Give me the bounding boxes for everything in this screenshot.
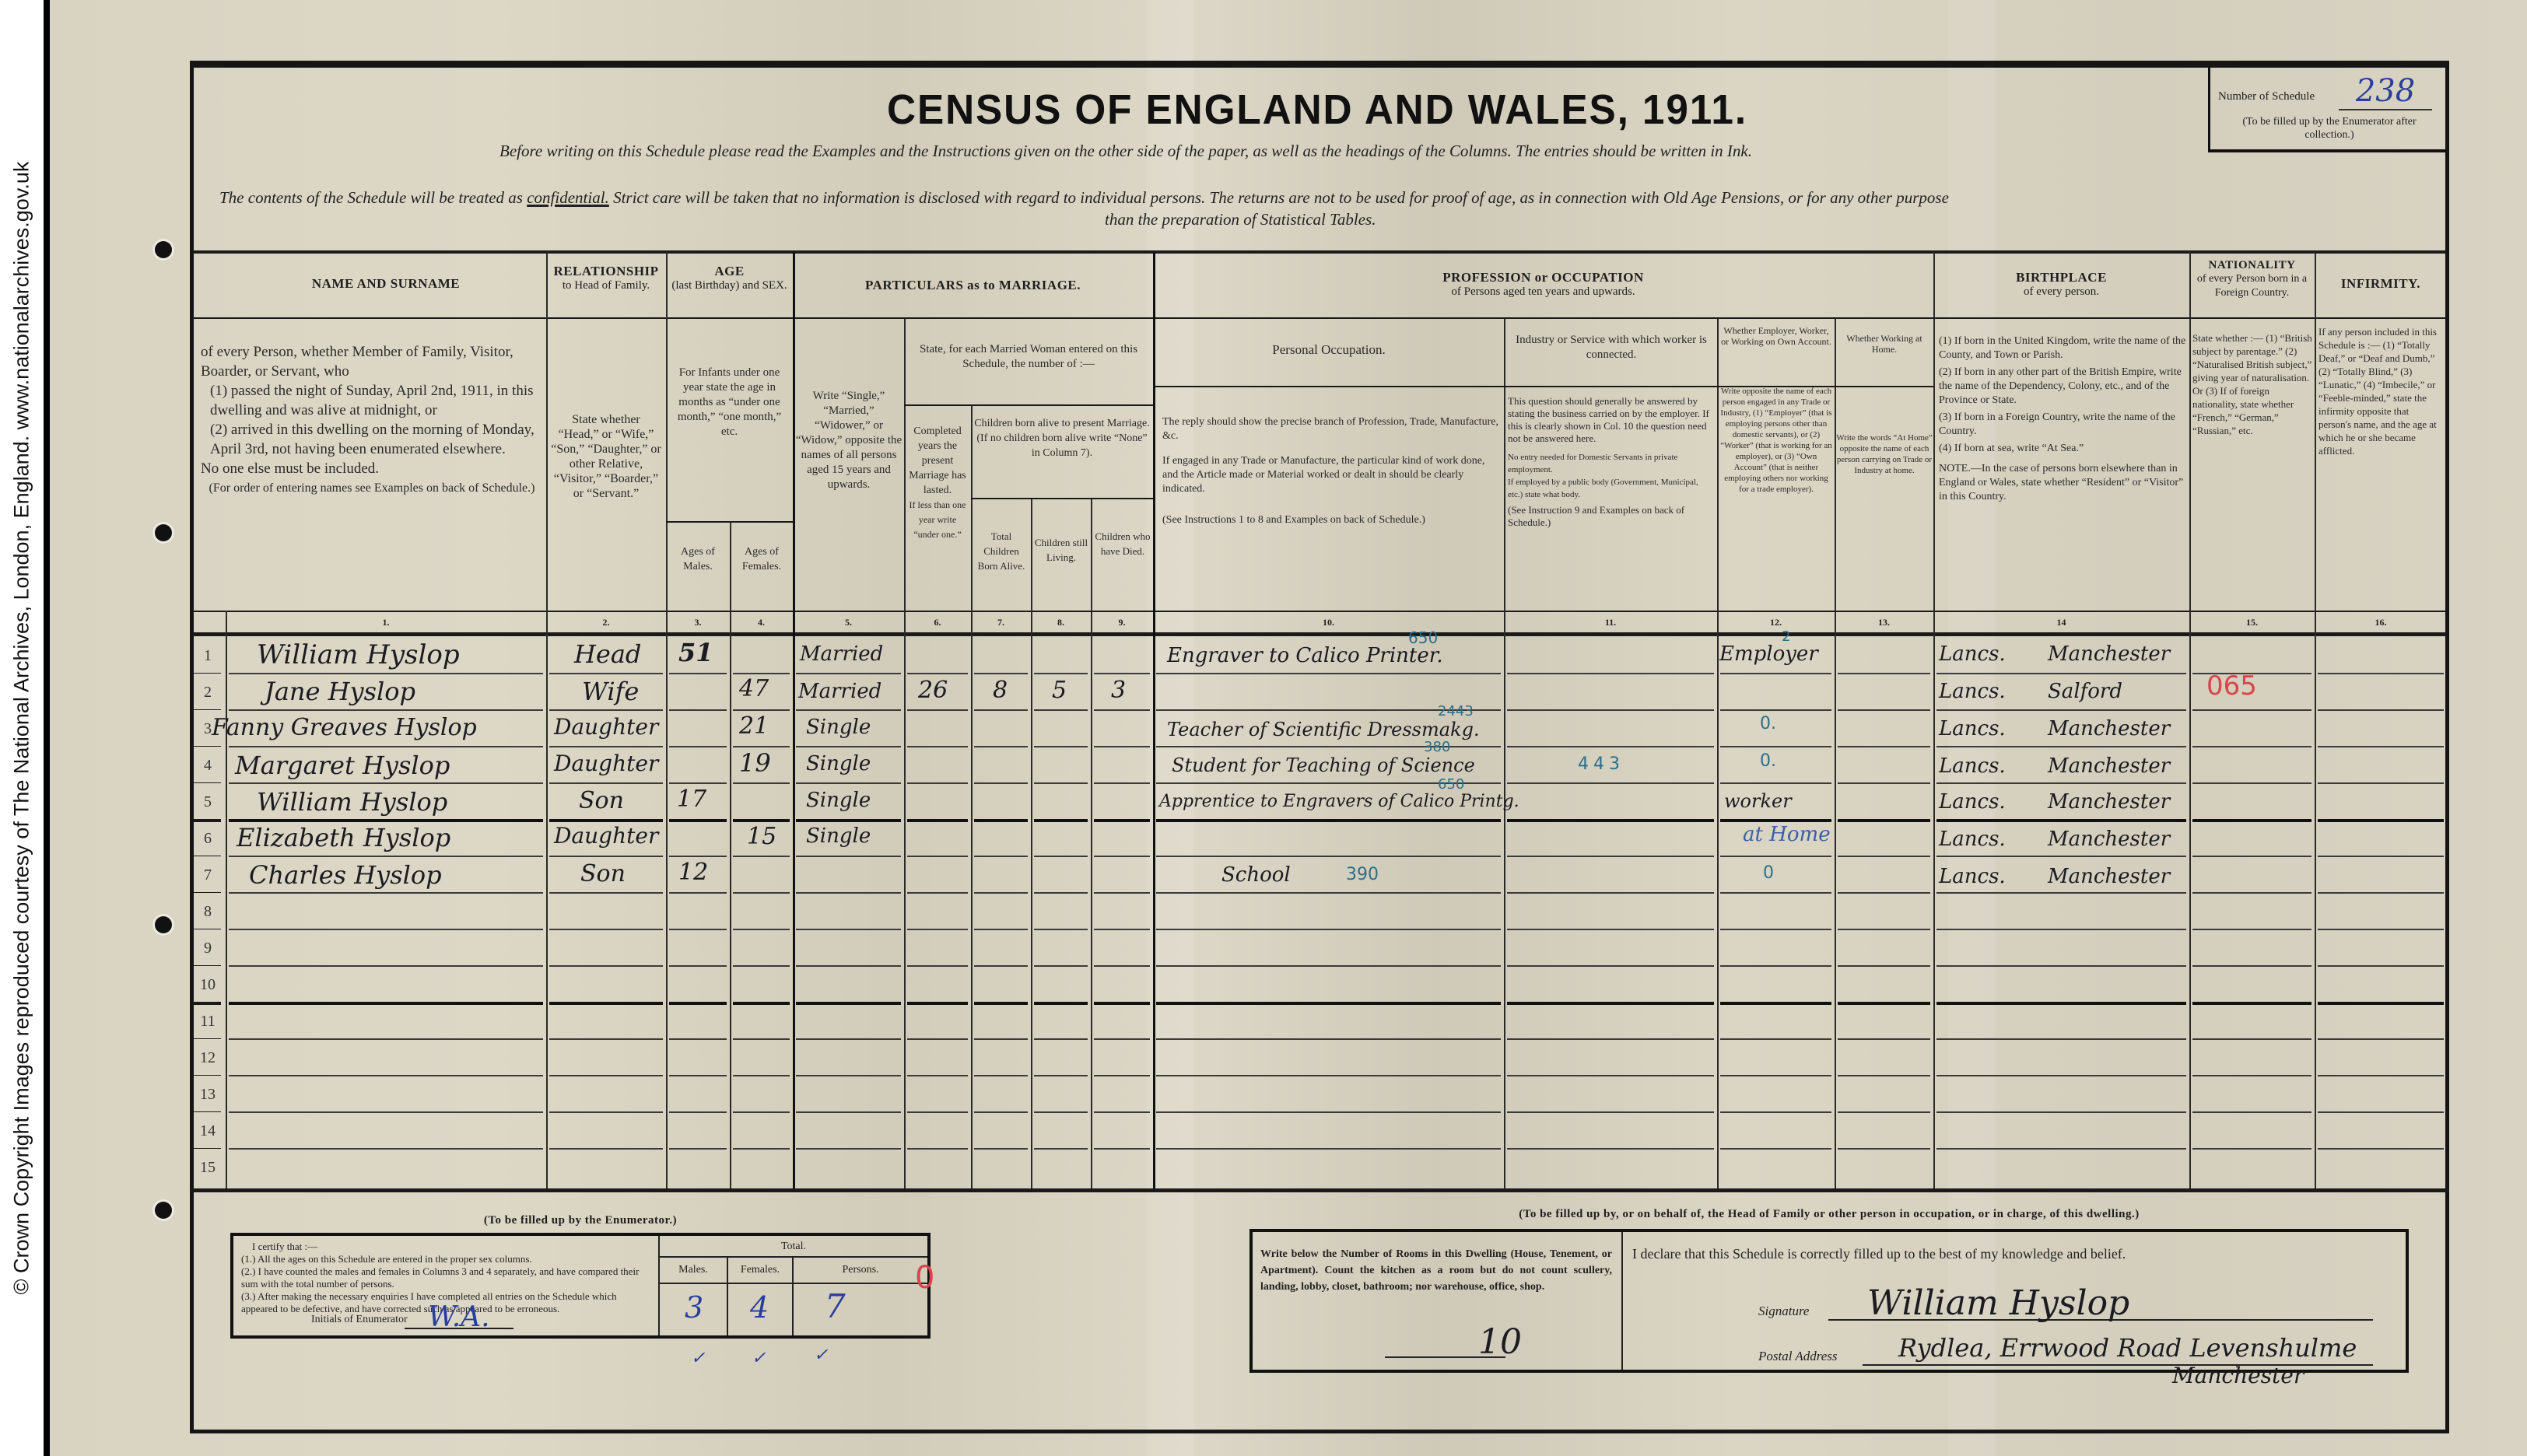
person-age-female[interactable]: 15 xyxy=(747,823,776,850)
birth-county[interactable]: Lancs. xyxy=(1939,828,2006,851)
row-rule xyxy=(2192,1148,2311,1150)
punch-hole xyxy=(155,1202,172,1219)
col-divider xyxy=(546,252,548,1188)
subheading-rule xyxy=(904,404,1153,406)
col-num-16: 16. xyxy=(2315,617,2447,628)
row-rule xyxy=(1838,819,1930,822)
person-relationship[interactable]: Daughter xyxy=(554,751,658,776)
person-employer-status[interactable]: worker xyxy=(1724,790,1792,812)
person-name[interactable]: Margaret Hyslop xyxy=(235,751,450,780)
desc-nationality: State whether :— (1) “British subject by… xyxy=(2192,331,2312,437)
postal-address-line1[interactable]: Rydlea, Errwood Road Levenshulme xyxy=(1898,1333,2357,1363)
row-rule xyxy=(1838,782,1930,784)
row-rule xyxy=(669,929,727,930)
row-rule xyxy=(1094,892,1150,894)
row-rule xyxy=(669,965,727,967)
row-rule xyxy=(1034,1148,1088,1150)
row-rule xyxy=(549,746,663,747)
person-name[interactable]: Elizabeth Hyslop xyxy=(237,823,450,852)
employer-code: 0. xyxy=(1760,751,1776,771)
row-rule xyxy=(796,965,901,967)
person-relationship[interactable]: Daughter xyxy=(554,714,658,740)
heading-marriage: PARTICULARS as to MARRIAGE. xyxy=(793,278,1153,292)
person-age-female[interactable]: 19 xyxy=(739,748,771,778)
desc-age: For Infants under one year state the age… xyxy=(669,366,790,439)
person-age-male[interactable]: 17 xyxy=(677,786,706,813)
person-age-female[interactable]: 21 xyxy=(739,712,769,740)
row-rule xyxy=(1034,746,1088,747)
schedule-note: (To be filled up by the Enumerator after… xyxy=(2217,115,2442,142)
row-rule xyxy=(2318,965,2444,967)
colnum-rule-top xyxy=(193,611,2446,612)
row-rule xyxy=(974,746,1028,747)
row-rule xyxy=(974,1111,1028,1113)
row-rule xyxy=(1838,1002,1930,1005)
person-marriage[interactable]: Single xyxy=(806,752,871,775)
row-rule xyxy=(1034,929,1088,930)
enumerator-heading: (To be filled up by the Enumerator.) xyxy=(230,1213,931,1227)
row-rule xyxy=(549,1002,663,1005)
person-age-male[interactable]: 51 xyxy=(678,638,713,667)
desc-total-children: Total Children Born Alive. xyxy=(973,529,1030,573)
heading-name: NAME AND SURNAME xyxy=(226,277,546,291)
row-rule xyxy=(796,1075,901,1076)
birth-town[interactable]: Manchester xyxy=(2048,642,2170,666)
row-rule xyxy=(1720,965,1831,967)
row-rule xyxy=(229,1038,543,1040)
table-bottom-rule xyxy=(190,1188,2449,1192)
birth-town[interactable]: Manchester xyxy=(2048,828,2170,851)
row-rule xyxy=(907,819,968,822)
person-marriage[interactable]: Single xyxy=(806,824,871,848)
person-name[interactable]: William Hyslop xyxy=(257,639,460,670)
row-rule xyxy=(1936,1002,2186,1005)
person-occupation[interactable]: Teacher of Scientific Dressmakg. xyxy=(1167,719,1480,740)
copyright-strip: © Crown Copyright Images reproduced cour… xyxy=(0,0,44,1456)
birth-county[interactable]: Lancs. xyxy=(1939,680,2006,703)
row-rule xyxy=(796,929,901,930)
row-rule xyxy=(549,819,663,822)
row-rule xyxy=(669,673,727,674)
row-rule xyxy=(229,1148,543,1150)
row-rule xyxy=(1094,929,1150,930)
employer-code: 0. xyxy=(1760,714,1776,733)
row-rule xyxy=(193,1075,221,1076)
row-number: 15 xyxy=(190,1159,226,1177)
col-num-10: 10. xyxy=(1153,617,1504,628)
col-num-9: 9. xyxy=(1091,617,1153,628)
scan-edge xyxy=(44,0,50,1456)
row-rule xyxy=(229,856,543,857)
row-rule xyxy=(2192,819,2311,822)
col-num-4: 4. xyxy=(730,617,793,628)
heading-employer: Whether Employer, Worker, or Working on … xyxy=(1719,325,1834,347)
row-rule xyxy=(1507,1002,1714,1005)
confidential-line-2: than the preparation of Statistical Tabl… xyxy=(1105,210,1376,229)
row-rule xyxy=(193,1038,221,1039)
row-rule xyxy=(1034,1075,1088,1076)
row-number: 2 xyxy=(190,684,226,702)
row-number: 13 xyxy=(190,1086,226,1104)
birth-county[interactable]: Lancs. xyxy=(1939,717,2006,740)
row-rule xyxy=(1094,856,1150,857)
desc-industry: This question should generally be answer… xyxy=(1508,395,1715,529)
row-rule xyxy=(733,929,790,930)
birth-town[interactable]: Manchester xyxy=(2048,717,2170,740)
row-rule xyxy=(193,1111,221,1112)
person-name[interactable]: Fanny Greaves Hyslop xyxy=(212,714,477,741)
page-title: CENSUS OF ENGLAND AND WALES, 1911. xyxy=(887,86,1747,134)
person-relationship[interactable]: Daughter xyxy=(554,823,658,849)
row-rule xyxy=(1507,892,1714,894)
row-rule xyxy=(1720,1111,1831,1113)
row-rule xyxy=(733,673,790,674)
row-rule xyxy=(2318,1002,2444,1005)
row-rule xyxy=(549,782,663,784)
row-rule xyxy=(1507,673,1714,674)
person-occupation[interactable]: Apprentice to Engravers of Calico Printg… xyxy=(1159,792,1519,811)
row-rule xyxy=(1838,929,1930,930)
person-occupation[interactable]: Engraver to Calico Printer. xyxy=(1167,644,1443,667)
row-rule xyxy=(669,819,727,822)
row-rule xyxy=(549,856,663,857)
row-rule xyxy=(669,1148,727,1150)
declaration: I declare that this Schedule is correctl… xyxy=(1632,1246,2126,1262)
number-of-rooms[interactable]: 10 xyxy=(1478,1322,1522,1362)
occupation-code: 2443 xyxy=(1438,703,1474,719)
col-num-5: 5. xyxy=(793,617,904,628)
row-rule xyxy=(193,673,221,674)
row-rule xyxy=(2192,1075,2311,1076)
row-rule xyxy=(733,1038,790,1040)
signature-label: Signature xyxy=(1758,1304,1809,1319)
colnum-rule-bottom xyxy=(193,632,2446,636)
row-rule xyxy=(2318,1148,2444,1150)
heading-nationality: NATIONALITY of every Person born in a Fo… xyxy=(2189,258,2315,300)
subheading-rule xyxy=(660,1283,927,1284)
row-rule xyxy=(1507,819,1714,822)
punch-hole xyxy=(155,524,172,541)
row-rule xyxy=(1720,1002,1831,1005)
children-born-alive[interactable]: 8 xyxy=(993,677,1008,704)
row-rule xyxy=(669,1002,727,1005)
row-rule xyxy=(1936,1038,2186,1040)
check-icon: ✓ xyxy=(752,1349,766,1368)
person-name[interactable]: Charles Hyslop xyxy=(249,860,442,890)
row-rule xyxy=(229,746,543,747)
birth-town[interactable]: Manchester xyxy=(2048,865,2170,888)
col-divider xyxy=(971,404,973,1188)
birth-town[interactable]: Manchester xyxy=(2048,790,2170,814)
row-rule xyxy=(229,965,543,967)
row-rule xyxy=(1507,746,1714,747)
desc-personal-occupation: The reply should show the precise branch… xyxy=(1162,415,1498,527)
row-rule xyxy=(2192,929,2311,930)
row-rule xyxy=(1507,929,1714,930)
occupation-code: 380 xyxy=(1424,739,1450,755)
row-rule xyxy=(549,965,663,967)
row-rule xyxy=(2192,746,2311,747)
confidential-word: confidential. xyxy=(527,188,609,207)
occupation-code: 650 xyxy=(1408,628,1438,647)
row-rule xyxy=(796,856,901,857)
row-rule xyxy=(974,1148,1028,1150)
punch-hole xyxy=(155,916,172,933)
row-rule xyxy=(1936,856,2186,857)
row-rule xyxy=(229,1075,543,1076)
row-rule xyxy=(2318,1111,2444,1113)
check-icon: ✓ xyxy=(691,1349,705,1368)
row-rule xyxy=(1720,892,1831,894)
subheading-rule xyxy=(1153,386,1504,387)
row-rule xyxy=(1936,782,2186,784)
children-living[interactable]: 5 xyxy=(1052,677,1067,704)
row-rule xyxy=(229,892,543,894)
subheading-rule xyxy=(660,1256,927,1258)
row-rule xyxy=(733,1148,790,1150)
employer-code: 0 xyxy=(1763,863,1774,883)
col-divider xyxy=(1933,252,1935,1188)
row-rule xyxy=(669,782,727,784)
col-num-12: 12. xyxy=(1717,617,1835,628)
row-rule xyxy=(1034,819,1088,822)
person-marriage[interactable]: Single xyxy=(806,716,871,739)
col-num-2: 2. xyxy=(546,617,666,628)
row-rule xyxy=(193,965,221,966)
row-rule xyxy=(193,1002,221,1005)
row-rule xyxy=(193,746,221,747)
row-rule xyxy=(1936,1148,2186,1150)
row-rule xyxy=(193,819,221,822)
row-rule xyxy=(2318,929,2444,930)
col-num-8: 8. xyxy=(1031,617,1091,628)
heading-rule xyxy=(193,317,2446,319)
row-rule xyxy=(733,819,790,822)
row-rule xyxy=(229,673,543,674)
row-rule xyxy=(1936,1075,2186,1076)
total-persons[interactable]: 7 xyxy=(825,1287,846,1325)
row-rule xyxy=(1838,1148,1930,1150)
row-rule xyxy=(1156,1075,1501,1076)
subheading-rule xyxy=(666,521,793,523)
row-rule xyxy=(229,1111,543,1113)
col-num-15: 15. xyxy=(2189,617,2315,628)
row-rule xyxy=(1720,782,1831,784)
row-rule xyxy=(229,929,543,930)
row-number: 7 xyxy=(190,866,226,884)
row-rule xyxy=(1720,1148,1831,1150)
row-rule xyxy=(1034,856,1088,857)
row-rule xyxy=(796,1038,901,1040)
row-rule xyxy=(907,1075,968,1076)
row-rule xyxy=(229,1002,543,1005)
person-age-male[interactable]: 12 xyxy=(678,859,708,886)
row-rule xyxy=(669,709,727,711)
desc-home: Write the words “At Home” opposite the n… xyxy=(1836,432,1933,476)
row-rule xyxy=(1034,1111,1088,1113)
row-rule xyxy=(974,892,1028,894)
row-rule xyxy=(1720,746,1831,747)
row-rule xyxy=(1094,1075,1150,1076)
row-rule xyxy=(733,965,790,967)
age-males-label: Ages of Males. xyxy=(668,544,728,574)
row-rule xyxy=(796,673,901,674)
row-rule xyxy=(907,746,968,747)
heading-home: Whether Working at Home. xyxy=(1836,333,1933,355)
row-rule xyxy=(1936,1111,2186,1113)
col-num-6: 6. xyxy=(904,617,971,628)
persons-label: Persons. xyxy=(794,1264,927,1276)
row-rule xyxy=(669,1111,727,1113)
row-rule xyxy=(733,1075,790,1076)
total-females[interactable]: 4 xyxy=(750,1290,769,1325)
enumerator-box: I certify that :— (1.) All the ages on t… xyxy=(230,1233,931,1339)
row-number: 5 xyxy=(190,793,226,811)
row-rule xyxy=(229,782,543,784)
person-age-female[interactable]: 47 xyxy=(739,675,769,702)
desc-name: of every Person, whether Member of Famil… xyxy=(201,342,543,498)
row-rule xyxy=(2192,1002,2311,1005)
row-rule xyxy=(1936,746,2186,747)
person-relationship[interactable]: Head xyxy=(574,639,641,669)
row-rule xyxy=(1936,709,2186,711)
row-rule xyxy=(2318,709,2444,711)
table-top-rule xyxy=(193,250,2446,254)
enumerator-initials[interactable]: W.A. xyxy=(428,1301,490,1333)
person-employer-status[interactable]: Employer xyxy=(1719,642,1818,666)
row-rule xyxy=(1507,1148,1714,1150)
person-relationship[interactable]: Wife xyxy=(582,677,639,706)
row-number: 14 xyxy=(190,1122,226,1140)
row-rule xyxy=(2318,746,2444,747)
birth-town[interactable]: Salford xyxy=(2048,680,2122,703)
person-relationship[interactable]: Son xyxy=(580,860,626,887)
row-rule xyxy=(733,1002,790,1005)
person-occupation[interactable]: Student for Teaching of Science xyxy=(1172,754,1475,776)
row-rule xyxy=(193,929,221,929)
row-rule xyxy=(549,1148,663,1150)
row-rule xyxy=(193,892,221,893)
row-rule xyxy=(907,709,968,711)
col-divider xyxy=(2315,252,2316,1188)
person-marriage[interactable]: Married xyxy=(800,642,883,666)
person-name[interactable]: William Hyslop xyxy=(257,787,447,817)
row-rule xyxy=(669,892,727,894)
household-box: Write below the Number of Rooms in this … xyxy=(1249,1229,2409,1373)
person-marriage[interactable]: Single xyxy=(806,789,871,812)
row-rule xyxy=(193,709,221,710)
row-rule xyxy=(796,1111,901,1113)
row-rule xyxy=(796,782,901,784)
row-rule xyxy=(1156,965,1501,967)
row-rule xyxy=(1094,1002,1150,1005)
row-rule xyxy=(1034,673,1088,674)
row-rule xyxy=(2318,782,2444,784)
row-rule xyxy=(1094,1148,1150,1150)
row-rule xyxy=(1156,892,1501,894)
row-rule xyxy=(1094,782,1150,784)
heading-industry: Industry or Service with which worker is… xyxy=(1508,333,1715,362)
schedule-number[interactable]: 238 xyxy=(2339,73,2432,110)
row-rule xyxy=(229,709,543,711)
row-rule xyxy=(2318,892,2444,894)
row-rule xyxy=(1936,673,2186,674)
person-working-at-home[interactable]: at Home xyxy=(1743,823,1831,846)
total-label: Total. xyxy=(660,1241,927,1253)
person-name[interactable]: Jane Hyslop xyxy=(265,677,415,706)
row-rule xyxy=(974,709,1028,711)
person-relationship[interactable]: Son xyxy=(579,787,624,814)
row-rule xyxy=(2192,709,2311,711)
row-rule xyxy=(1094,1038,1150,1040)
col-num-11: 11. xyxy=(1504,617,1717,628)
red-mark: 0 xyxy=(915,1260,934,1296)
row-rule xyxy=(1034,1002,1088,1005)
row-rule xyxy=(2318,673,2444,674)
birth-county[interactable]: Lancs. xyxy=(1939,790,2006,814)
row-number: 12 xyxy=(190,1049,226,1067)
row-rule xyxy=(1094,709,1150,711)
row-rule xyxy=(549,1075,663,1076)
row-rule xyxy=(193,782,221,783)
row-rule xyxy=(2318,856,2444,857)
row-rule xyxy=(1838,709,1930,711)
row-rule xyxy=(193,856,221,856)
birth-county[interactable]: Lancs. xyxy=(1939,754,2006,778)
person-occupation[interactable]: School xyxy=(1221,863,1291,887)
row-rule xyxy=(1838,673,1930,674)
row-rule xyxy=(907,673,968,674)
rooms-instruction: Write below the Number of Rooms in this … xyxy=(1260,1246,1612,1295)
row-rule xyxy=(549,673,663,674)
row-rule xyxy=(907,965,968,967)
row-rule xyxy=(796,1148,901,1150)
birth-county[interactable]: Lancs. xyxy=(1939,642,2006,666)
heading-occupation: PROFESSION or OCCUPATION of Persons aged… xyxy=(1153,271,1933,299)
row-rule xyxy=(974,856,1028,857)
children-died[interactable]: 3 xyxy=(1111,677,1126,704)
males-label: Males. xyxy=(660,1264,727,1276)
row-rule xyxy=(974,782,1028,784)
schedule-label: Number of Schedule xyxy=(2218,90,2315,103)
row-rule xyxy=(796,819,901,822)
row-rule xyxy=(1034,965,1088,967)
row-rule xyxy=(2192,856,2311,857)
desc-marriage-state: State, for each Married Woman entered on… xyxy=(907,342,1150,372)
total-males[interactable]: 3 xyxy=(685,1290,703,1325)
row-number: 10 xyxy=(190,976,226,994)
birth-county[interactable]: Lancs. xyxy=(1939,865,2006,888)
row-number: 4 xyxy=(190,757,226,775)
row-rule xyxy=(1838,746,1930,747)
postal-address-line2[interactable]: Manchester xyxy=(2172,1363,2304,1388)
row-number: 1 xyxy=(190,647,226,665)
row-rule xyxy=(1720,1075,1831,1076)
row-rule xyxy=(549,929,663,930)
row-rule xyxy=(1156,819,1501,822)
col-num-1: 1. xyxy=(226,617,546,628)
row-rule xyxy=(2192,965,2311,967)
person-marriage[interactable]: Married xyxy=(798,680,881,703)
signature[interactable]: William Hyslop xyxy=(1867,1283,2129,1323)
heading-infirmity: INFIRMITY. xyxy=(2315,277,2447,291)
row-rule xyxy=(1720,929,1831,930)
desc-marriage-write: Write “Single,” “Married,” “Widower,” or… xyxy=(795,389,902,492)
marriage-years[interactable]: 26 xyxy=(918,677,948,704)
birth-town[interactable]: Manchester xyxy=(2048,754,2170,778)
row-rule xyxy=(907,1038,968,1040)
heading-birthplace: BIRTHPLACE of every person. xyxy=(1933,271,2189,299)
